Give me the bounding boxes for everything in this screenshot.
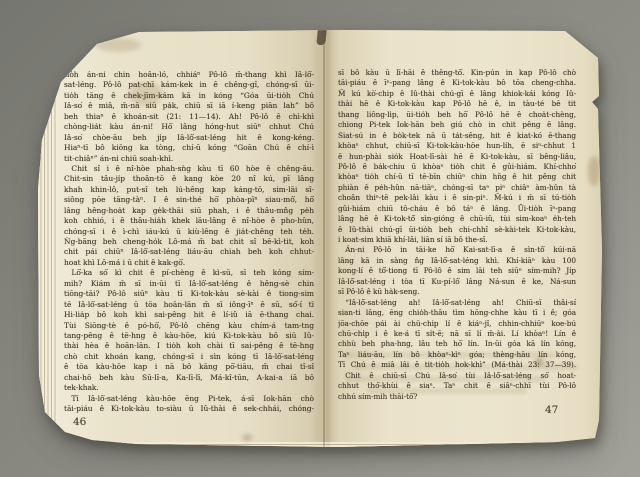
text-line: lâng kā in sàng n̂g Iâ-lô͘-sat-léng khì.… bbox=[338, 256, 576, 266]
text-line: tē Iâ-lô͘-sat-léng ū tōa hoān-lān m̄ sī … bbox=[64, 300, 314, 310]
right-page-text: sī bô kàu ū lī-hāi ê thêng-tō͘. Kin-pún … bbox=[338, 68, 576, 402]
text-line: M̄ kú kò͘-chip ê Iû-thài chú-gī ê lâng k… bbox=[338, 89, 576, 99]
paper-stain bbox=[588, 156, 600, 186]
page-number-left: 46 bbox=[73, 416, 86, 428]
text-line: jōa-chōe pái ài chū-chi̍p lí ê kiáⁿ-jî, … bbox=[338, 319, 576, 329]
text-line: chiong Pi-tek Iok-hān beh giú chò in chi… bbox=[338, 120, 576, 130]
left-page-text: tio̍h án-ni chin hoân-ló, chhiáⁿ Pô-lô m… bbox=[64, 70, 314, 414]
text-line: ê tōa kàu-hōe kap i nā bô kāng pō͘-tiāu,… bbox=[64, 362, 314, 372]
text-line: Pô-lô ê ba̍k-chiu ū khòaⁿ tio̍h chit ê g… bbox=[338, 162, 576, 172]
text-line: tio̍h án-ni chin hoân-ló, chhiáⁿ Pô-lô m… bbox=[64, 70, 314, 80]
text-line: hoat khì Lô-má i ū chit ê kak-gō͘. bbox=[64, 258, 314, 268]
text-line: ê hun-phài sio̍k Hoat-lī-sài hē ê Ki-tok… bbox=[338, 152, 576, 162]
text-line: siông pōe tāng-tàⁿ. I ê sin-thé hō͘ phòa… bbox=[64, 195, 314, 205]
text-line: tāi-piáu ê īⁿ-pang lâng ê Ki-tok-kàu bô … bbox=[338, 78, 576, 88]
text-line: mih? Kiám m̄ sī in-ūi tī Iâ-lô͘-sat-léng… bbox=[64, 279, 314, 289]
text-line: Tùi Siōng-tè ê pó-hō͘, Pô-lô chēng kàu c… bbox=[64, 321, 314, 331]
text-line: i koat-sim khiā khí-lâi, liān sí iā bô t… bbox=[338, 235, 576, 245]
text-line: sat-léng. Pô-lô pat-chī kám-kek in ê chê… bbox=[64, 80, 314, 90]
open-book: tio̍h án-ni chin hoân-ló, chhiáⁿ Pô-lô m… bbox=[37, 30, 603, 450]
text-line: thang liông-li̍p, ūi-tio̍h beh hō͘ Pô-lô… bbox=[338, 110, 576, 120]
paper-stain bbox=[242, 434, 252, 441]
text-line: chòng-lia̍t kàu án-ni! Hō͘ lâng hóng-hut… bbox=[64, 122, 314, 132]
text-line: sian-ti lâng, ēng chio̍h-thâu tìm hōng-c… bbox=[338, 308, 576, 318]
text-line: Iâ-lô͘-sat-léng i tòa tī Ku-pí-lô͘ lâng … bbox=[338, 277, 576, 287]
text-line: khah khin-lô, put-sî teh lú-hêng kap kán… bbox=[64, 185, 314, 195]
text-line: lâng hē ê Ki-tok-tô͘ sìn-gióng ê chū-iû,… bbox=[338, 214, 576, 224]
text-line: khòaⁿ chhut, chiū-sī Ki-tok-kàu-hōe hun-… bbox=[338, 141, 576, 151]
text-line: beh thiaⁿ ê khoán-sit (21: 11—14). Ah! P… bbox=[64, 112, 314, 122]
text-line: Chit sî i ê nî-hòe phah-sǹg kàu tī 60 hò… bbox=[64, 164, 314, 174]
text-line: tang-pêng ê tē-hng ê kàu-hōe, kiú Ki-tok… bbox=[64, 331, 314, 341]
text-line: Chit ê chiū-sī Chú Iâ-so͘ tùi Iâ-lô͘-sat… bbox=[338, 371, 576, 381]
text-line: Chit-sin tâu-ji̍p thoân-tō ê kang kòe 20… bbox=[64, 174, 314, 184]
text-line: sī bô kàu ū lī-hāi ê thêng-tō͘. Kin-pún … bbox=[338, 68, 576, 78]
book-shadow-wrap: tio̍h án-ni chin hoân-ló, chhiáⁿ Pô-lô m… bbox=[0, 0, 640, 477]
text-line: Hiaⁿ-tī bô kiōng ka tòng, chí-ū kóng “Go… bbox=[64, 143, 314, 153]
text-line: Tī Chú ê miâ lâi ê tit-tio̍h hok-khì” (M… bbox=[338, 360, 576, 370]
text-line: Án-ni Pô-lô in tāi-ke hō͘ Kai-sat-lī-a ê… bbox=[338, 245, 576, 255]
text-line: “Iâ-lô͘-sat-léng ah! Iâ-lô͘-sat-léng ah!… bbox=[338, 298, 576, 308]
text-line: Hi-lia̍p bô koh khì sai-pêng hit ê lí-iû… bbox=[64, 310, 314, 320]
text-line: chò chit khoán kang, chóng-sī i sìn kóng… bbox=[64, 352, 314, 362]
text-line: Iâ-so͘ ê miâ, m̄-nā siū pa̍k, chiū sī iā… bbox=[64, 101, 314, 111]
text-line: lâng hêng-hoa̍t kap ge̍k-thāi siū phah, … bbox=[64, 206, 314, 216]
text-line: chai-hō beh kàu Sū-lī-a, Ka-lī-lī, Má-kî… bbox=[64, 373, 314, 383]
paper-stain bbox=[95, 38, 141, 52]
text-line: Siat-sú in ê bo̍k-tek nā ū ta̍t-sêng, hi… bbox=[338, 131, 576, 141]
text-line: thài hèa ê hoān-lān. I tio̍h koh chài tī… bbox=[64, 341, 314, 351]
gutter-crease bbox=[323, 30, 325, 450]
text-line: chhut thó͘-khùi ê siaⁿ. Taⁿ chit ê siâⁿ-… bbox=[338, 381, 576, 391]
text-line: gûi-hiám chiū tô-cháu ê bô táⁿ ê lâng. Ū… bbox=[338, 204, 576, 214]
text-line: sī Pô-lô ê kū ha̍k-seng. bbox=[338, 287, 576, 297]
text-line: ê Iû-thài chú-gī ūi-tio̍h beh chi-chhî s… bbox=[338, 225, 576, 235]
text-line: Lō͘-ka só͘ kì chit ê pí-chèng ê kì-sū, s… bbox=[64, 268, 314, 278]
text-line: tāi-piáu ê Ki-tok-kàu to-siàu ū Iû-thài … bbox=[64, 404, 314, 414]
text-line: kong-lí ê tô͘-tiong tī Pô-lô ê sim lāi t… bbox=[338, 266, 576, 276]
page-number-right: 47 bbox=[545, 404, 558, 416]
text-line: thài hē ê Ki-tok-kàu kap Pô-lô hē ê, in … bbox=[338, 99, 576, 109]
page-edge-stack-left bbox=[38, 78, 58, 445]
photo-background: tio̍h án-ni chin hoân-ló, chhiáⁿ Pô-lô m… bbox=[0, 0, 640, 477]
text-line: Ǹg-bāng beh cheng-ho̍k Lô-má m̄ bat chit… bbox=[64, 237, 314, 247]
text-line: tek-khak. bbox=[64, 383, 314, 393]
text-line: phiàn ê pe̍h-hûn nā-tiāⁿ, chóng-sī taⁿ p… bbox=[338, 183, 576, 193]
text-line: chit pái chiūⁿ Iâ-lô͘-sat-léng liáu-āu c… bbox=[64, 247, 314, 257]
text-line: Tī Iâ-lô͘-sat-léng kàu-hōe ēng Pi-tek, á… bbox=[64, 394, 314, 404]
text-line: chū-chi̍p i ê ke-á tī si̍t-ē; nā sī lí m… bbox=[338, 329, 576, 339]
text-line: tit-chiâⁿ” án-ni chiū soah-khì. bbox=[64, 154, 314, 164]
text-line: choân thiⁿ-tē pek-lâi kàu i ê sin-piⁿ. M… bbox=[338, 193, 576, 203]
text-line: chhú sím-mih thāi-tō͘? bbox=[338, 392, 576, 402]
text-line: chóng-sī i ê ì-chì iáu-kú ū kiù-lêng ê j… bbox=[64, 227, 314, 237]
text-line: chhù beh pha-hng, lâu teh hō͘ lín. In-ūi… bbox=[338, 339, 576, 349]
text-line: koh chhió, i ê thâu-hia̍h khek lāu-lâng … bbox=[64, 216, 314, 226]
text-line: tiōng-tāi? Pô-lô siūⁿ kàu tī Ki-tok-kàu … bbox=[64, 289, 314, 299]
text-line: Iâ-so͘ chòe-āu beh ji̍p Iâ-lô͘-sat-léng … bbox=[64, 133, 314, 143]
text-line: Taⁿ liáu-āu, lín bô khòaⁿ-kìⁿ góa; thèng… bbox=[338, 350, 576, 360]
text-line: khòaⁿ tio̍h chí-ū tī tē-bīn chiūⁿ chin h… bbox=[338, 172, 576, 182]
text-line: tio̍h tāng ê chek-jīm-kám kā in kóng “Gó… bbox=[64, 91, 314, 101]
